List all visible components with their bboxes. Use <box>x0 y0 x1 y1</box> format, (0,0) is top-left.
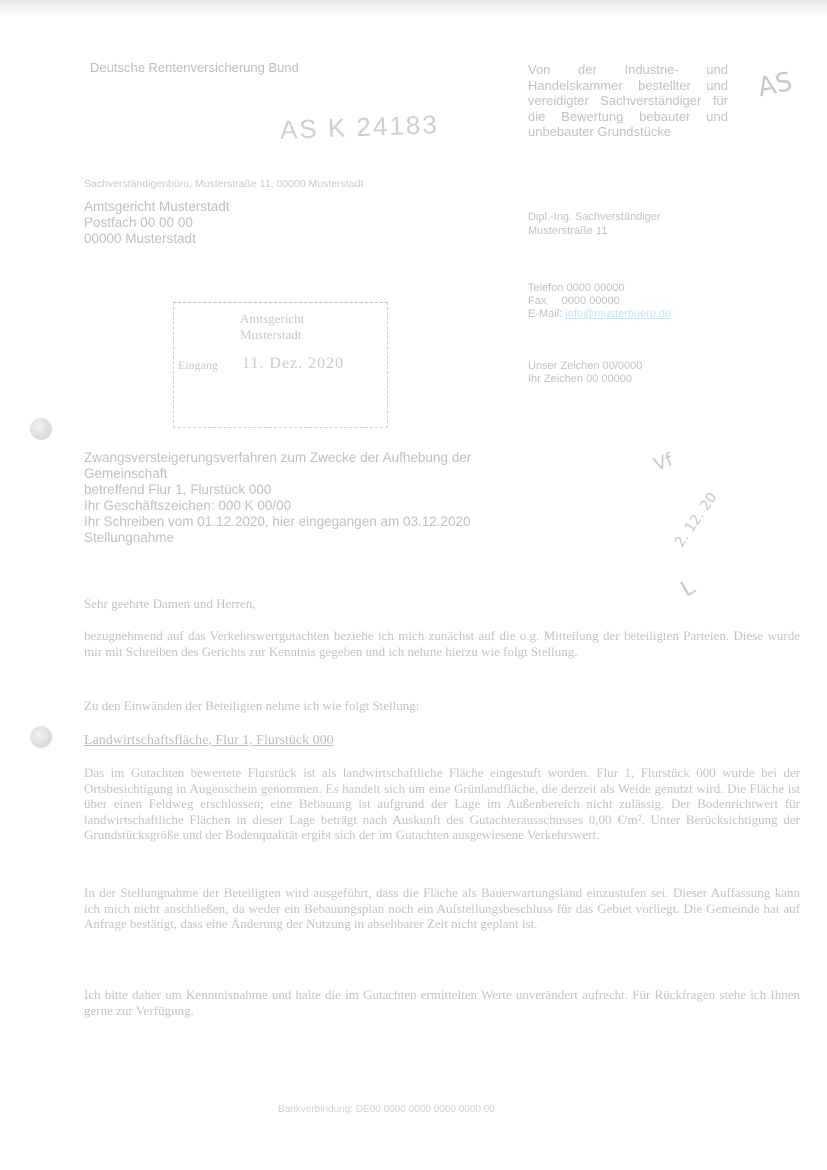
authority-description: Von der Industrie- und Handelskammer bes… <box>528 62 728 140</box>
reference-block: Unser Zeichen 00/0000 Ihr Zeichen 00 000… <box>528 360 728 386</box>
subject-line-4: Ihr Schreiben vom 01.12.2020, hier einge… <box>84 514 544 530</box>
our-reference: Unser Zeichen 00/0000 <box>528 360 728 373</box>
punch-hole-bottom <box>30 726 52 748</box>
email-link[interactable]: info@musterbuero.de <box>565 308 671 320</box>
punch-hole-top <box>30 418 52 440</box>
subject-line-1: Zwangsversteigerungsverfahren zum Zwecke… <box>84 450 544 482</box>
subject-line-2: betreffend Flur 1, Flurstück 000 <box>84 482 544 498</box>
office-address: Dipl.-Ing. Sachverständiger Musterstraße… <box>528 210 728 238</box>
your-reference: Ihr Zeichen 00 00000 <box>528 373 728 386</box>
salutation: Sehr geehrte Damen und Herren, <box>84 596 800 612</box>
subject-line-5: Stellungnahme <box>84 530 544 546</box>
received-stamp: Amtsgericht Musterstadt Eingang 11. Dez.… <box>173 302 388 428</box>
email-label: E-Mail: <box>528 308 562 320</box>
stamp-label: Eingang <box>178 358 218 373</box>
paragraph-closing: Ich bitte daher um Kenntnisnahme und hal… <box>84 987 800 1018</box>
paragraph-intro: bezugnehmend auf das Verkehrswertgutacht… <box>84 628 800 659</box>
paragraph-lead: Zu den Einwänden der Beteiligten nehme i… <box>84 698 800 714</box>
recipient-street: Postfach 00 00 00 <box>84 215 230 231</box>
paragraph-objection: In der Stellungnahme der Beteiligten wir… <box>84 885 800 932</box>
section-heading: Landwirtschaftsfläche, Flur 1, Flurstück… <box>84 733 334 749</box>
footer-bank-details: Bankverbindung: DE00 0000 0000 0000 0000… <box>278 1104 495 1115</box>
handwritten-date: 2. 12. 20 <box>672 490 721 550</box>
return-address-line: Sachverständigenbüro, Musterstraße 11, 0… <box>84 178 363 190</box>
file-number-stamp: AS K 24183 <box>280 109 440 146</box>
paragraph-assessment: Das im Gutachten bewertete Flurstück ist… <box>84 765 800 843</box>
fax-number: Fax 0000 00000 <box>528 295 728 308</box>
recipient-city: 00000 Musterstadt <box>84 231 230 247</box>
stamp-date: 11. Dez. 2020 <box>242 355 344 373</box>
stamp-location: Musterstadt <box>240 327 301 343</box>
phone-number: Telefon 0000 00000 <box>528 282 728 295</box>
sender-header: Deutsche Rentenversicherung Bund <box>90 60 299 75</box>
subject-block: Zwangsversteigerungsverfahren zum Zwecke… <box>84 450 544 546</box>
stamp-court: Amtsgericht <box>240 311 304 327</box>
handwritten-initials: AS <box>755 67 795 103</box>
scan-top-edge <box>0 0 827 14</box>
contact-block: Telefon 0000 00000 Fax 0000 00000 E-Mail… <box>528 282 728 321</box>
subject-line-3: Ihr Geschäftszeichen: 000 K 00/00 <box>84 498 544 514</box>
email-line: E-Mail: info@musterbuero.de <box>528 308 728 321</box>
recipient-name: Amtsgericht Musterstadt <box>84 199 230 215</box>
handwritten-mark: Vf <box>651 449 676 475</box>
recipient-address: Amtsgericht Musterstadt Postfach 00 00 0… <box>84 199 230 247</box>
